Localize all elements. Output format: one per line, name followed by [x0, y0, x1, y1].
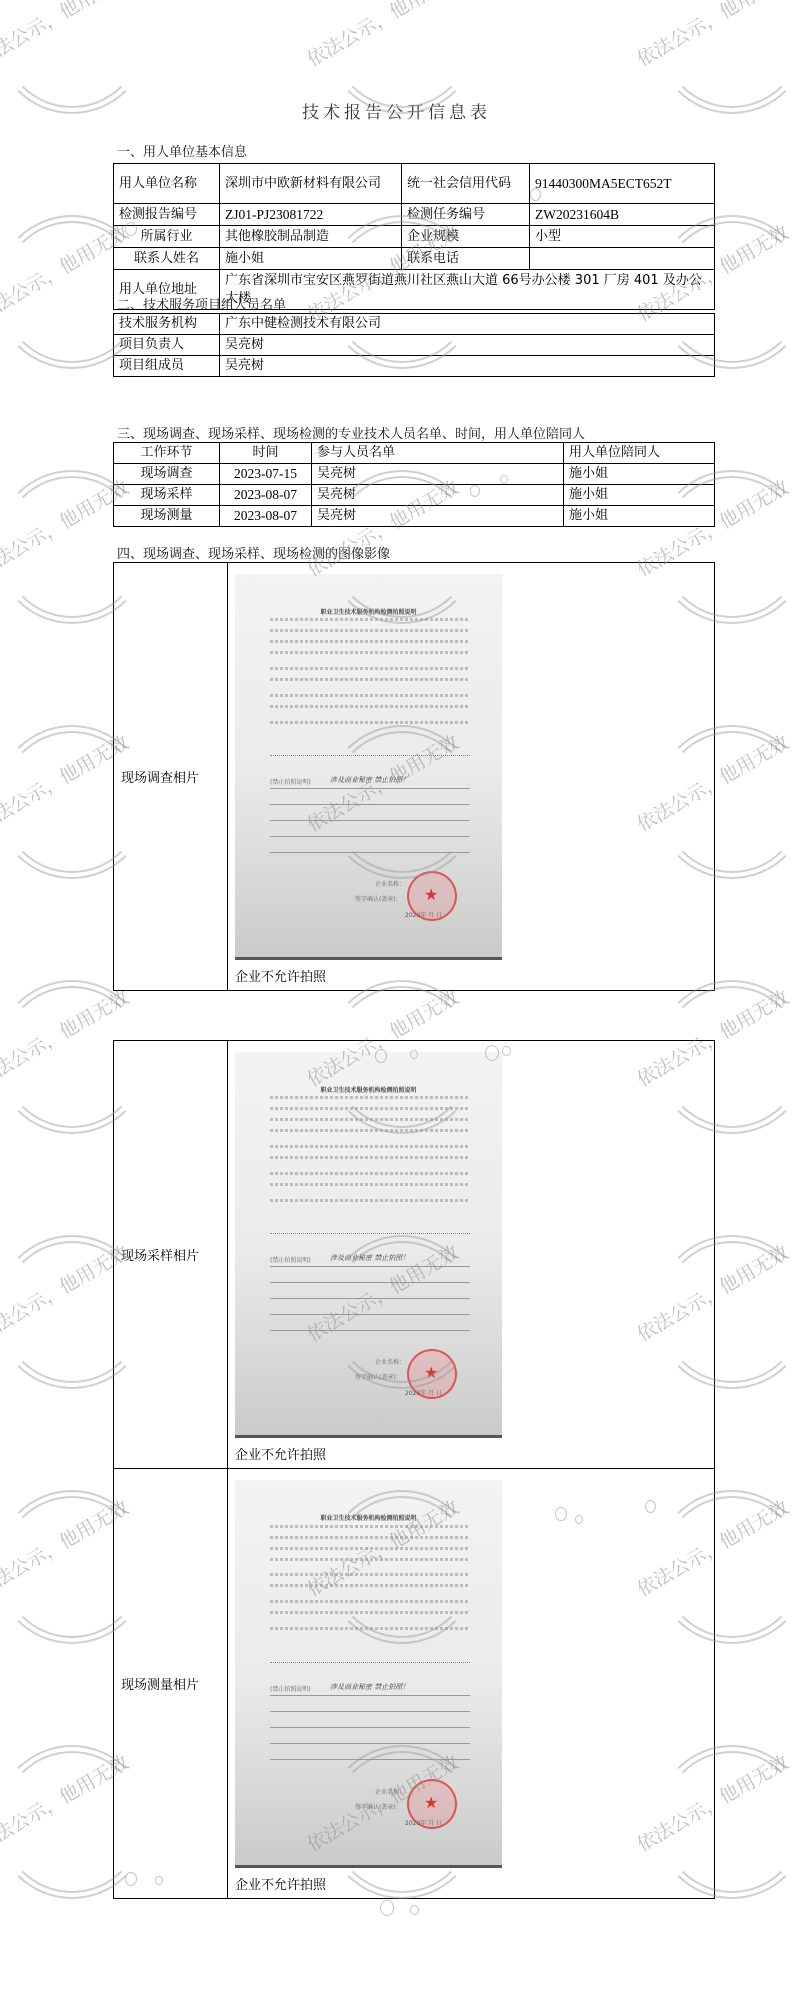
photo-doc-rule [270, 1695, 470, 1696]
company-address: 广东省深圳市宝安区燕罗街道燕川社区燕山大道 66号办公楼 301 厂房 401 … [220, 270, 715, 310]
red-seal-stamp [407, 1779, 457, 1829]
project-lead: 吴亮树 [220, 335, 715, 356]
photo-doc-company-label: 企业名称： [375, 1787, 405, 1796]
escort-cell: 施小姐 [564, 506, 715, 527]
photo-doc-text-line [270, 1627, 470, 1630]
column-header: 用人单位陪同人 [564, 443, 715, 464]
watermark-dot [125, 1872, 137, 1886]
photo-doc-text-line [270, 651, 470, 654]
photo-doc-text-line [270, 1600, 470, 1603]
photo-table-survey: 现场调查相片 职业卫生技术服务机构检测拍照说明(禁止拍照说明)涉及商业秘密 禁止… [113, 562, 715, 991]
company-scale: 小型 [530, 226, 715, 248]
photo-doc-company-label: 企业名称： [375, 1357, 405, 1366]
stage-cell: 现场调查 [114, 464, 220, 485]
watermark-dot [375, 1049, 387, 1063]
watermark-text: 依法公示，他用无效 [0, 0, 133, 72]
photo-doc-text-line [270, 1199, 470, 1202]
label-cell: 项目负责人 [114, 335, 220, 356]
photo-cell: 职业卫生技术服务机构检测拍照说明(禁止拍照说明)涉及商业秘密 禁止拍照！企业名称… [228, 1041, 715, 1469]
photo-doc-text-line [270, 1118, 470, 1121]
photo-doc-note-label: (禁止拍照说明) [270, 1684, 311, 1693]
watermark-dot [380, 1900, 394, 1916]
photo-doc-company-label: 企业名称： [375, 879, 405, 888]
photo-label: 现场测量相片 [114, 1469, 228, 1899]
label-cell: 统一社会信用代码 [402, 164, 530, 204]
photo-doc-handwriting: 涉及商业秘密 禁止拍照！ [330, 1682, 409, 1692]
photo-doc-text-line [270, 1183, 470, 1186]
watermark-ring [655, 0, 793, 114]
document-title: 技术报告公开信息表 [0, 98, 793, 123]
column-header: 工作环节 [114, 443, 220, 464]
label-cell: 项目组成员 [114, 356, 220, 377]
photo-doc-rule [270, 1298, 470, 1299]
photo-caption: 企业不允许拍照 [228, 960, 714, 988]
table-row: 联系人姓名 施小姐 联系电话 [114, 248, 715, 270]
label-cell: 检测任务编号 [402, 204, 530, 226]
photo-caption: 企业不允许拍照 [228, 1438, 714, 1466]
label-cell: 联系电话 [402, 248, 530, 270]
photo-doc-text-line [270, 1558, 470, 1561]
photo-doc-rule [270, 1759, 470, 1760]
photo-doc-rule [270, 1330, 470, 1331]
stage-cell: 现场测量 [114, 506, 220, 527]
section2-heading: 二、技术服务项目组人员名单 [117, 294, 286, 313]
photo-doc-note-label: (禁止拍照说明) [270, 777, 311, 786]
photo-doc-text-line [270, 721, 470, 724]
photo-doc-text-line [270, 618, 470, 621]
photo-doc-handwriting: 涉及商业秘密 禁止拍照！ [330, 775, 409, 785]
photo-doc-rule [270, 788, 470, 789]
photo-doc-text-line [270, 1096, 470, 1099]
photo-caption: 企业不允许拍照 [228, 1868, 714, 1896]
photo-doc-text-line [270, 640, 470, 643]
section4-heading: 四、现场调查、现场采样、现场检测的图像影像 [117, 543, 390, 562]
watermark-dot [645, 1500, 656, 1513]
project-members: 吴亮树 [220, 356, 715, 377]
photo-bottom-edge [235, 1865, 502, 1868]
staff-cell: 吴亮树 [312, 485, 564, 506]
section3-heading: 三、现场调查、现场采样、现场检测的专业技术人员名单、时间，用人单位陪同人 [117, 423, 585, 442]
escort-cell: 施小姐 [564, 485, 715, 506]
photo-doc-note-label: (禁止拍照说明) [270, 1255, 311, 1264]
table-row: 项目负责人 吴亮树 [114, 335, 715, 356]
watermark-dot [410, 1905, 419, 1915]
sampling-photo: 职业卫生技术服务机构检测拍照说明(禁止拍照说明)涉及商业秘密 禁止拍照！企业名称… [235, 1052, 502, 1438]
table-row: 现场调查 2023-07-15 吴亮树 施小姐 [114, 464, 715, 485]
table-row: 用人单位名称 深圳市中欧新材料有限公司 统一社会信用代码 91440300MA5… [114, 164, 715, 204]
photo-table-sampling-measurement: 现场采样相片 职业卫生技术服务机构检测拍照说明(禁止拍照说明)涉及商业秘密 禁止… [113, 1040, 715, 1899]
photo-bottom-edge [235, 957, 502, 960]
staff-cell: 吴亮树 [312, 506, 564, 527]
photo-doc-text-line [270, 1573, 470, 1576]
photo-doc-title: 职业卫生技术服务机构检测拍照说明 [235, 607, 502, 616]
photo-doc-text-line [270, 1172, 470, 1175]
watermark-dot [470, 485, 480, 497]
stage-cell: 现场采样 [114, 485, 220, 506]
photo-row: 现场调查相片 职业卫生技术服务机构检测拍照说明(禁止拍照说明)涉及商业秘密 禁止… [114, 563, 715, 991]
photo-doc-sign-label: 签字确认(盖章)： [355, 1372, 402, 1381]
photo-doc-rule [270, 804, 470, 805]
date-cell: 2023-08-07 [220, 485, 312, 506]
column-header: 参与人员名单 [312, 443, 564, 464]
red-seal-stamp [407, 871, 457, 921]
watermark-ring [0, 0, 149, 114]
photo-doc-title: 职业卫生技术服务机构检测拍照说明 [235, 1085, 502, 1094]
credit-code: 91440300MA5ECT652T [530, 164, 715, 204]
service-team-table: 技术服务机构 广东中健检测技术有限公司 项目负责人 吴亮树 项目组成员 吴亮树 [113, 313, 715, 377]
photo-doc-text-line [270, 1145, 470, 1148]
table-row: 所属行业 其他橡胶制品制造 企业规模 小型 [114, 226, 715, 248]
label-cell: 企业规模 [402, 226, 530, 248]
photo-doc-text-line [270, 1525, 470, 1528]
photo-doc-text-line [270, 1584, 470, 1587]
photo-doc-title: 职业卫生技术服务机构检测拍照说明 [235, 1513, 502, 1522]
table-row: 项目组成员 吴亮树 [114, 356, 715, 377]
report-number: ZJ01-PJ23081722 [220, 204, 402, 226]
photo-doc-text-line [270, 678, 470, 681]
photo-doc-rule [270, 836, 470, 837]
section1-heading: 一、用人单位基本信息 [117, 141, 247, 160]
photo-doc-text-line [270, 1107, 470, 1110]
photo-doc-text-line [270, 1536, 470, 1539]
photo-doc-rule [270, 1727, 470, 1728]
watermark-text: 依法公示，他用无效 [302, 0, 464, 72]
photo-doc-handwriting: 涉及商业秘密 禁止拍照！ [330, 1253, 409, 1263]
photo-label: 现场采样相片 [114, 1041, 228, 1469]
date-cell: 2023-08-07 [220, 506, 312, 527]
watermark-ring [1, 0, 143, 108]
photo-doc-text-line [270, 629, 470, 632]
table-row: 现场测量 2023-08-07 吴亮树 施小姐 [114, 506, 715, 527]
label-cell: 技术服务机构 [114, 314, 220, 335]
company-name: 深圳市中欧新材料有限公司 [220, 164, 402, 204]
industry: 其他橡胶制品制造 [220, 226, 402, 248]
photo-doc-text-line [270, 1129, 470, 1132]
photo-doc-text-line [270, 694, 470, 697]
contact-phone [530, 248, 715, 270]
photo-doc-divider [270, 755, 470, 756]
field-work-table: 工作环节 时间 参与人员名单 用人单位陪同人 现场调查 2023-07-15 吴… [113, 442, 715, 527]
photo-doc-rule [270, 1266, 470, 1267]
column-header: 时间 [220, 443, 312, 464]
watermark-text: 依法公示，他用无效 [632, 0, 793, 72]
date-cell: 2023-07-15 [220, 464, 312, 485]
photo-doc-divider [270, 1662, 470, 1663]
photo-doc-rule [270, 820, 470, 821]
table-row: 现场采样 2023-08-07 吴亮树 施小姐 [114, 485, 715, 506]
photo-bottom-edge [235, 1435, 502, 1438]
photo-doc-rule [270, 852, 470, 853]
label-cell: 用人单位名称 [114, 164, 220, 204]
photo-doc-rule [270, 1282, 470, 1283]
photo-row: 现场采样相片 职业卫生技术服务机构检测拍照说明(禁止拍照说明)涉及商业秘密 禁止… [114, 1041, 715, 1469]
photo-doc-rule [270, 1743, 470, 1744]
escort-cell: 施小姐 [564, 464, 715, 485]
photo-doc-text-line [270, 705, 470, 708]
watermark-ring [331, 0, 473, 108]
contact-name: 施小姐 [220, 248, 402, 270]
staff-cell: 吴亮树 [312, 464, 564, 485]
photo-cell: 职业卫生技术服务机构检测拍照说明(禁止拍照说明)涉及商业秘密 禁止拍照！企业名称… [228, 1469, 715, 1899]
photo-doc-text-line [270, 1611, 470, 1614]
photo-row: 现场测量相片 职业卫生技术服务机构检测拍照说明(禁止拍照说明)涉及商业秘密 禁止… [114, 1469, 715, 1899]
watermark-dot [530, 188, 541, 201]
table-header-row: 工作环节 时间 参与人员名单 用人单位陪同人 [114, 443, 715, 464]
watermark-dot [125, 222, 137, 236]
task-number: ZW20231604B [530, 204, 715, 226]
label-cell: 联系人姓名 [114, 248, 220, 270]
photo-doc-sign-label: 签字确认(盖章)： [355, 894, 402, 903]
photo-cell: 职业卫生技术服务机构检测拍照说明(禁止拍照说明)涉及商业秘密 禁止拍照！企业名称… [228, 563, 715, 991]
photo-doc-sign-label: 签字确认(盖章)： [355, 1802, 402, 1811]
photo-doc-rule [270, 1711, 470, 1712]
photo-doc-text-line [270, 667, 470, 670]
watermark-ring [661, 0, 793, 108]
watermark-ring [325, 0, 479, 114]
photo-label: 现场调查相片 [114, 563, 228, 991]
table-row: 检测报告编号 ZJ01-PJ23081722 检测任务编号 ZW20231604… [114, 204, 715, 226]
employer-info-table: 用人单位名称 深圳市中欧新材料有限公司 统一社会信用代码 91440300MA5… [113, 163, 715, 310]
measurement-photo: 职业卫生技术服务机构检测拍照说明(禁止拍照说明)涉及商业秘密 禁止拍照！企业名称… [235, 1480, 502, 1868]
survey-photo: 职业卫生技术服务机构检测拍照说明(禁止拍照说明)涉及商业秘密 禁止拍照！企业名称… [235, 574, 502, 960]
photo-doc-rule [270, 1314, 470, 1315]
red-seal-stamp [407, 1349, 457, 1399]
photo-doc-text-line [270, 1156, 470, 1159]
photo-doc-divider [270, 1233, 470, 1234]
table-row: 技术服务机构 广东中健检测技术有限公司 [114, 314, 715, 335]
photo-doc-text-line [270, 1547, 470, 1550]
watermark-dot [555, 1507, 567, 1521]
report-page: 技术报告公开信息表 一、用人单位基本信息 用人单位名称 深圳市中欧新材料有限公司… [0, 0, 793, 1998]
service-org: 广东中健检测技术有限公司 [220, 314, 715, 335]
